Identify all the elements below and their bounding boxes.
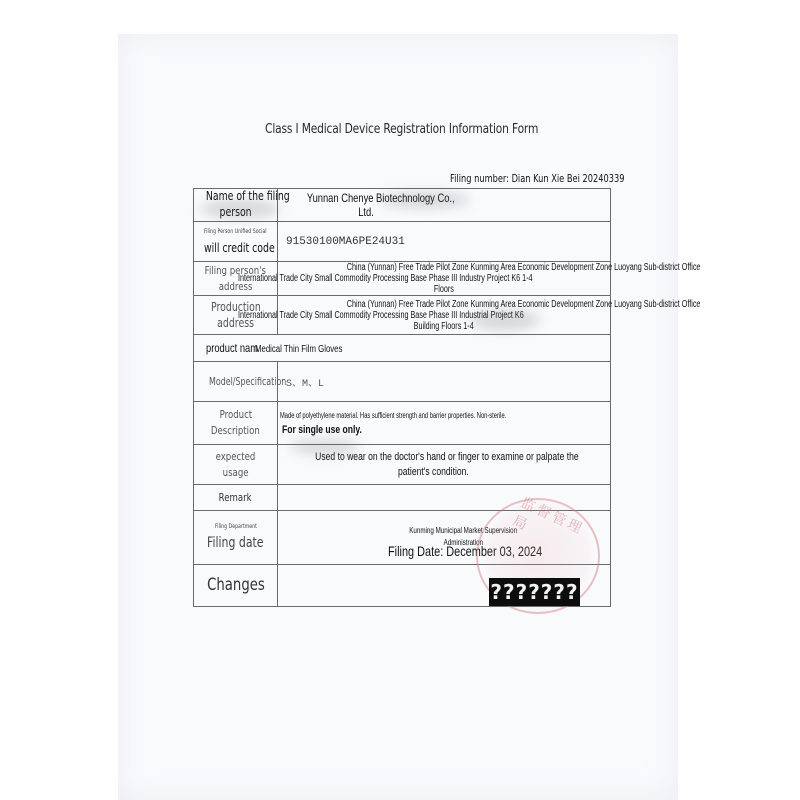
row-expected-usage: expected usage Used to wear on the docto…: [194, 445, 611, 485]
value-expected-usage: Used to wear on the doctor's hand or fin…: [278, 445, 611, 485]
row-production-address: Production address China (Yunnan) Free T…: [194, 296, 611, 335]
label-expected-usage: expected usage: [194, 445, 278, 485]
row-product-name: product namMedical Thin Film Gloves: [194, 335, 611, 362]
row-credit-code: Filing Person Unified Social will credit…: [194, 222, 611, 262]
row-product-description: Product Description Made of polyethylene…: [194, 402, 611, 445]
value-model-spec: S、M、L: [278, 362, 611, 402]
label-remark: Remark: [194, 485, 278, 511]
row-filer-address: Filing person's address China (Yunnan) F…: [194, 262, 611, 296]
value-product-name: Medical Thin Film Gloves: [255, 344, 342, 355]
document-title: Class I Medical Device Registration Info…: [74, 122, 730, 137]
label-product-name: product nam: [206, 341, 258, 355]
value-production-address: China (Yunnan) Free Trade Pilot Zone Kun…: [278, 296, 611, 335]
row-filer-name: Name of the filing person Yunnan Chenye …: [194, 189, 611, 222]
value-product-description: Made of polyethylene material. Has suffi…: [278, 402, 611, 445]
label-filing-date: Filing Department Filing date: [194, 511, 278, 565]
filing-number: Filing number: Dian Kun Xie Bei 20240339: [450, 172, 624, 185]
label-credit-code: Filing Person Unified Social will credit…: [194, 222, 278, 262]
label-model-spec: Model/Specification: [194, 362, 278, 402]
label-filer-name: Name of the filing person: [194, 189, 278, 222]
label-changes: Changes: [194, 565, 278, 607]
label-product-description: Product Description: [194, 402, 278, 445]
value-filer-address: China (Yunnan) Free Trade Pilot Zone Kun…: [278, 262, 611, 296]
product-name-cell: product namMedical Thin Film Gloves: [194, 335, 611, 362]
value-filer-name: Yunnan Chenye Biotechnology Co., Ltd.: [278, 189, 611, 222]
value-credit-code: 91530100MA6PE24U31: [278, 222, 611, 262]
redacted-label: ???????: [489, 578, 580, 606]
row-model-spec: Model/Specification S、M、L: [194, 362, 611, 402]
